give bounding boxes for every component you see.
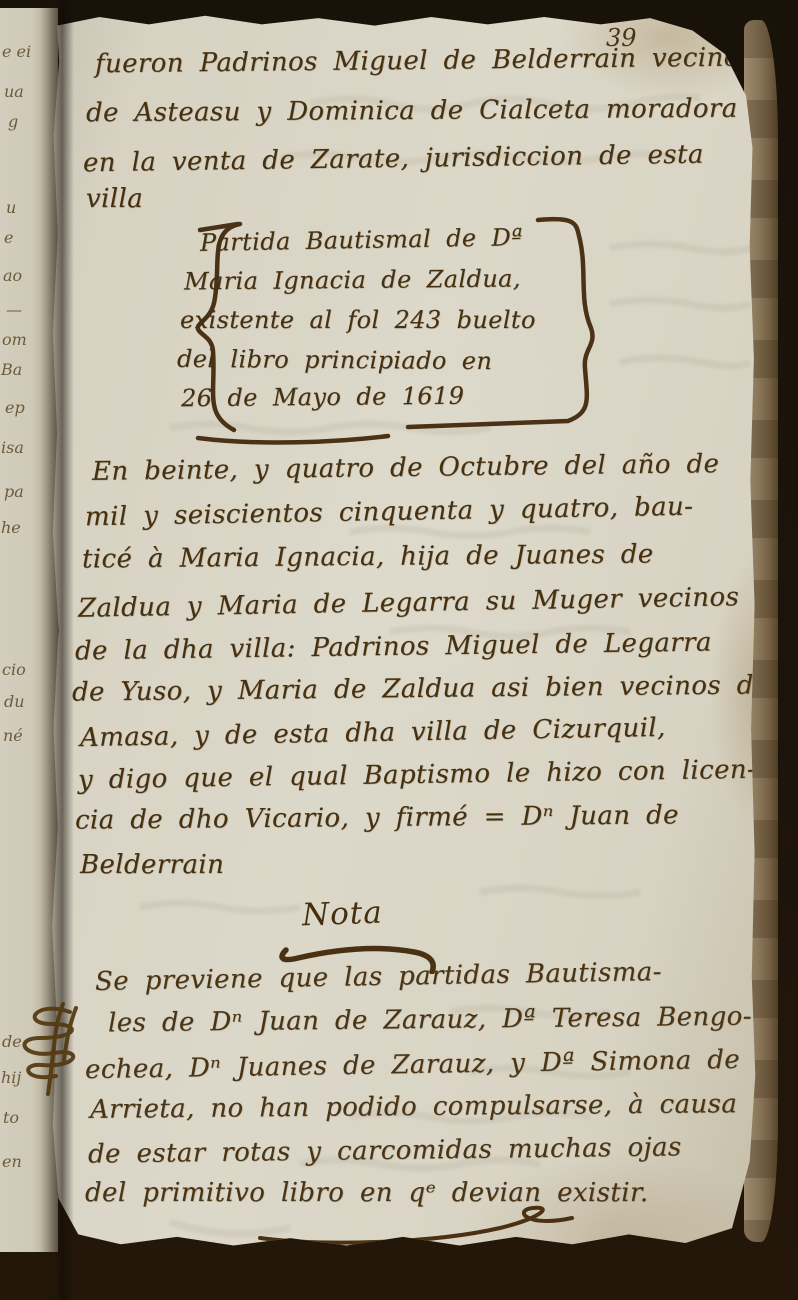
margin-fragment: isa <box>1 438 24 457</box>
manuscript-line: Maria Ignacia de Zaldua, <box>184 265 521 296</box>
manuscript-line: cia de dho Vicario, y firmé = Dⁿ Juan de <box>75 800 679 835</box>
margin-fragment: he <box>1 518 21 537</box>
manuscript-line: existente al fol 243 buelto <box>180 306 536 334</box>
margin-fragment: cio <box>2 660 26 679</box>
manuscript-line: 26 de Mayo de 1619 <box>181 382 465 412</box>
margin-fragment: Ba <box>1 360 22 379</box>
margin-fragment: g <box>8 112 18 131</box>
margin-fragment: ua <box>4 82 24 101</box>
margin-fragment: du <box>4 692 25 711</box>
manuscript-line: Partida Bautismal de Dª <box>200 223 523 257</box>
margin-fragment: — <box>6 300 22 319</box>
closing-flourish <box>250 1204 590 1248</box>
margin-fragment: e ei <box>2 42 31 61</box>
margin-fragment: e <box>4 228 13 247</box>
margin-ink-scribble <box>8 998 84 1114</box>
margin-fragment: ep <box>5 398 25 417</box>
manuscript-line: ticé à Maria Ignacia, hija de Juanes de <box>82 540 654 575</box>
margin-fragment: en <box>2 1152 22 1171</box>
manuscript-line: Arrieta, no han podido compulsarse, à ca… <box>90 1089 738 1125</box>
margin-fragment: om <box>2 330 27 349</box>
manuscript-line: Belderrain <box>80 850 224 880</box>
manuscript-line: villa <box>86 184 143 214</box>
margin-fragment: pa <box>4 482 24 501</box>
manuscript-line: del libro principiado en <box>177 345 492 375</box>
manuscript-line: de Asteasu y Dominica de Cialceta morado… <box>86 94 738 129</box>
margin-fragment: né <box>3 726 23 745</box>
manuscript-photo: e ei ua g u e ao — om Ba ep isa pa he ci… <box>0 0 798 1300</box>
margin-fragment: ao <box>3 266 22 285</box>
manuscript-page: 39 fueron Padrinos Miguel de Belderrain … <box>50 12 756 1248</box>
margin-fragment: u <box>6 198 16 217</box>
